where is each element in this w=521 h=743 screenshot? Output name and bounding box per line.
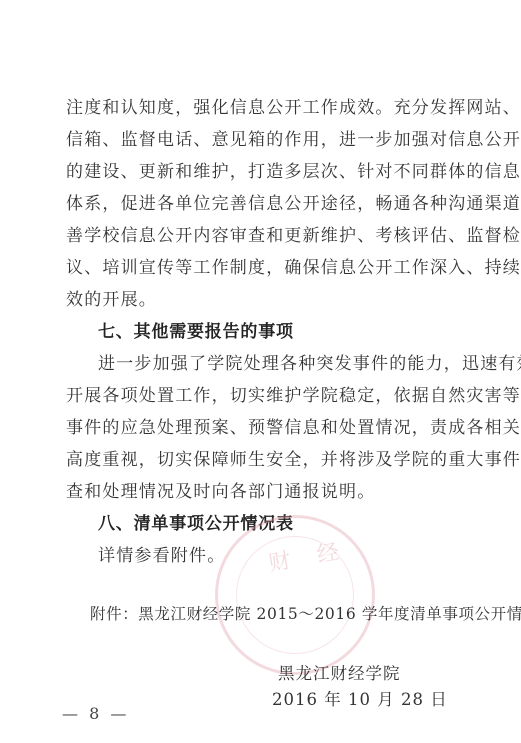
body-text-line: 议、培训宣传等工作制度，确保信息公开工作深入、持续、高 [66, 258, 450, 278]
body-text-line: 善学校信息公开内容审查和更新维护、考核评估、监督检查评 [66, 226, 450, 246]
body-text-line: 效的开展。 [66, 290, 450, 310]
document-page: 注度和认知度，强化信息公开工作成效。充分发挥网站、举报 信箱、监督电话、意见箱的… [0, 0, 521, 743]
body-text-line: 注度和认知度，强化信息公开工作成效。充分发挥网站、举报 [66, 98, 450, 118]
body-text-line: 查和处理情况及时向各部门通报说明。 [66, 482, 450, 502]
body-text-line: 进一步加强了学院处理各种突发事件的能力，迅速有效地 [98, 354, 482, 374]
signature-institution: 黑龙江财经学院 [278, 660, 401, 684]
body-text-line: 信箱、监督电话、意见箱的作用，进一步加强对信息公开网站 [66, 130, 450, 150]
body-text-line: 事件的应急处理预案、预警信息和处置情况，责成各相关部门 [66, 418, 450, 438]
body-text-line: 的建设、更新和维护，打造多层次、针对不同群体的信息公开 [66, 162, 450, 182]
body-text-line: 高度重视，切实保障师生安全，并将涉及学院的重大事件的调 [66, 450, 450, 470]
attachment-line: 附件：黑龙江财经学院 2015～2016 学年度清单事项公开情况表 [90, 604, 474, 624]
body-text-line: 开展各项处置工作，切实维护学院稳定，依据自然灾害等突发 [66, 386, 450, 406]
signature-date: 2016 年 10 月 28 日 [272, 686, 448, 710]
page-number: — 8 — [62, 704, 129, 723]
section-heading-7: 七、其他需要报告的事项 [98, 322, 482, 342]
body-text-line: 体系，促进各单位完善信息公开途径，畅通各种沟通渠道。完 [66, 194, 450, 214]
official-seal: 财 经 [215, 515, 375, 675]
